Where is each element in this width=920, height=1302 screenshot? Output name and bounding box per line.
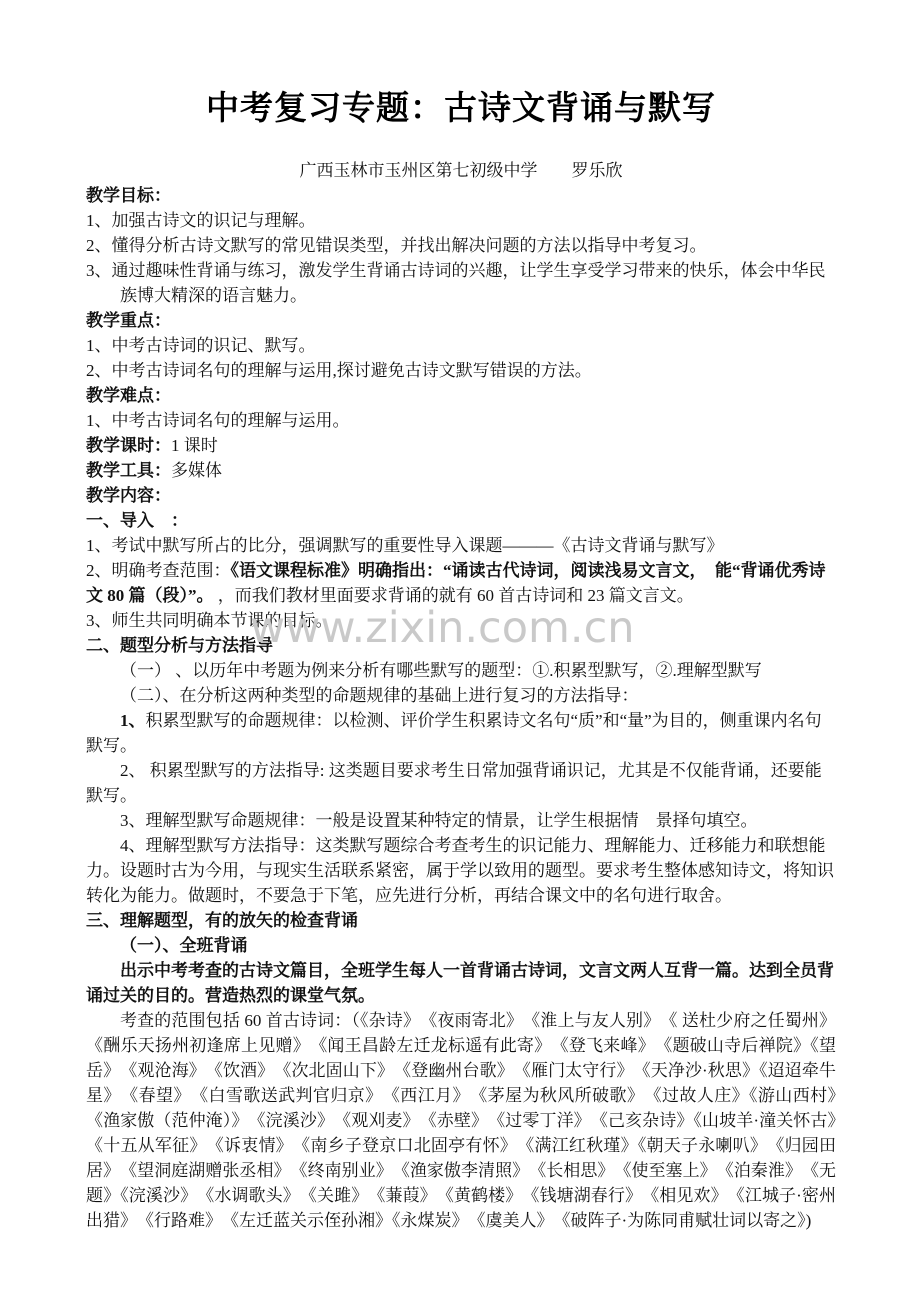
paragraph: 三、理解题型，有的放矢的检查背诵 — [86, 908, 836, 933]
paragraph: 1、考试中默写所占的比分，强调默写的重要性导入课题———《古诗文背诵与默写》 — [86, 533, 836, 558]
paragraph: 4、理解型默写方法指导：这类默写题综合考查考生的识记能力、理解能力、迁移能力和联… — [86, 833, 836, 908]
paragraph: 1、中考古诗词的识记、默写。 — [86, 333, 836, 358]
bold-text: 出示中考考查的古诗文篇目，全班学生每人一首背诵古诗词，文言文两人互背一篇。达到全… — [86, 961, 834, 1005]
text: 1、考试中默写所占的比分，强调默写的重要性导入课题———《古诗文背诵与默写》 — [86, 536, 724, 555]
text: ，而我们教材里面要求背诵的就有 60 首古诗词和 23 篇文言文。 — [214, 586, 694, 605]
text: 2、懂得分析古诗文默写的常见错误类型，并找出解决问题的方法以指导中考复习。 — [86, 236, 707, 255]
bold-text: 教学重点： — [86, 311, 171, 330]
bold-text: （一）、全班背诵 — [120, 936, 248, 955]
text: 积累型默写的命题规律：以检测、评价学生积累诗文名句“质”和“量”为目的，侧重课内… — [86, 711, 822, 755]
text: 2、中考古诗词名句的理解与运用,探讨避免古诗文默写错误的方法。 — [86, 361, 592, 380]
paragraph: 出示中考考查的古诗文篇目，全班学生每人一首背诵古诗词，文言文两人互背一篇。达到全… — [86, 958, 836, 1008]
text: 4、理解型默写方法指导：这类默写题综合考查考生的识记能力、理解能力、迁移能力和联… — [86, 836, 834, 905]
paragraph: 1、积累型默写的命题规律：以检测、评价学生积累诗文名句“质”和“量”为目的，侧重… — [86, 708, 836, 758]
text: 考查的范围包括 60 首古诗词：（《杂诗》 《夜雨寄北》 《淮上与友人别》 《 … — [86, 1011, 853, 1230]
document-byline: 广西玉林市玉州区第七初级中学 罗乐欣 — [86, 158, 836, 183]
text: 1、中考古诗词名句的理解与运用。 — [86, 411, 350, 430]
paragraph: 2、 积累型默写的方法指导: 这类题目要求考生日常加强背诵识记，尤其是不仅能背诵… — [86, 758, 836, 808]
bold-text: 教学目标： — [86, 186, 171, 205]
bold-text: 教学课时： — [86, 436, 171, 455]
text: 多媒体 — [171, 461, 222, 480]
text: 1、中考古诗词的识记、默写。 — [86, 336, 316, 355]
text: 1、加强古诗文的识记与理解。 — [86, 211, 316, 230]
paragraph: 教学目标： — [86, 183, 836, 208]
text: 2、明确考查范围： — [86, 561, 231, 580]
paragraph: 2、懂得分析古诗文默写的常见错误类型，并找出解决问题的方法以指导中考复习。 — [86, 233, 836, 258]
paragraph: 1、加强古诗文的识记与理解。 — [86, 208, 836, 233]
paragraph: （一）、全班背诵 — [86, 933, 836, 958]
bold-text: 教学工具： — [86, 461, 171, 480]
document-page: www.zixin.com.cn 中考复习专题：古诗文背诵与默写 广西玉林市玉州… — [0, 0, 920, 1302]
text: 3、通过趣味性背诵与练习，激发学生背诵古诗词的兴趣，让学生享受学习带来的快乐，体… — [86, 261, 826, 305]
paragraph: （一） 、以历年中考题为例来分析有哪些默写的题型：①.积累型默写，②.理解型默写 — [86, 658, 836, 683]
bold-text: 教学内容： — [86, 486, 171, 505]
paragraph: 考查的范围包括 60 首古诗词：（《杂诗》 《夜雨寄北》 《淮上与友人别》 《 … — [86, 1008, 836, 1233]
text: 1 课时 — [171, 436, 218, 455]
paragraph: 教学内容： — [86, 483, 836, 508]
text: （一） 、以历年中考题为例来分析有哪些默写的题型：①.积累型默写，②.理解型默写 — [120, 661, 762, 680]
bold-text: 二、题型分析与方法指导 — [86, 636, 273, 655]
paragraph: 教学工具：多媒体 — [86, 458, 836, 483]
text: 2、 积累型默写的方法指导: 这类题目要求考生日常加强背诵识记，尤其是不仅能背诵… — [86, 761, 822, 805]
bold-text: 一、导入 ： — [86, 511, 188, 530]
bold-text: 1、 — [120, 711, 146, 730]
paragraph: 一、导入 ： — [86, 508, 836, 533]
paragraph: 教学难点： — [86, 383, 836, 408]
paragraph: 2、明确考查范围：《语文课程标准》明确指出：“诵读古代诗词，阅读浅易文言文， 能… — [86, 558, 836, 608]
paragraph: 3、师生共同明确本节课的目标。 — [86, 608, 836, 633]
paragraph: 教学重点： — [86, 308, 836, 333]
paragraph: 教学课时：1 课时 — [86, 433, 836, 458]
text: （二）、在分析这两种类型的命题规律的基础上进行复习的方法指导： — [120, 686, 639, 705]
text: 3、师生共同明确本节课的目标。 — [86, 611, 333, 630]
paragraph: 1、中考古诗词名句的理解与运用。 — [86, 408, 836, 433]
document-body: 教学目标：1、加强古诗文的识记与理解。2、懂得分析古诗文默写的常见错误类型，并找… — [86, 183, 836, 1233]
bold-text: 三、理解题型，有的放矢的检查背诵 — [86, 911, 358, 930]
text: 3、理解型默写命题规律：一般是设置某种特定的情景，让学生根据情 景择句填空。 — [120, 811, 758, 830]
paragraph: 3、理解型默写命题规律：一般是设置某种特定的情景，让学生根据情 景择句填空。 — [86, 808, 836, 833]
document-title: 中考复习专题：古诗文背诵与默写 — [86, 88, 836, 130]
paragraph: （二）、在分析这两种类型的命题规律的基础上进行复习的方法指导： — [86, 683, 836, 708]
paragraph: 二、题型分析与方法指导 — [86, 633, 836, 658]
paragraph: 3、通过趣味性背诵与练习，激发学生背诵古诗词的兴趣，让学生享受学习带来的快乐，体… — [86, 258, 836, 308]
bold-text: 教学难点： — [86, 386, 171, 405]
paragraph: 2、中考古诗词名句的理解与运用,探讨避免古诗文默写错误的方法。 — [86, 358, 836, 383]
